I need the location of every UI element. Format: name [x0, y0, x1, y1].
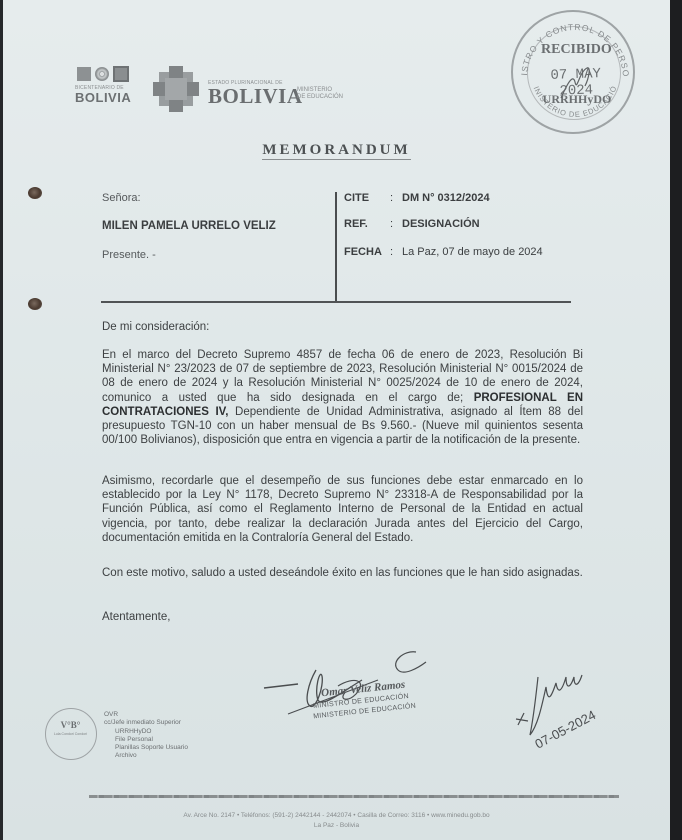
ministerio-line1: MINISTERIO: [297, 87, 343, 94]
reference-value: DESIGNACIÓN: [402, 218, 480, 230]
received-stamp: REGISTRO Y CONTROL DE PERSONAL MINISTERI…: [511, 10, 635, 134]
salutation-label: Señora:: [102, 192, 141, 204]
recipient-name: MILEN PAMELA URRELO VELIZ: [102, 220, 276, 232]
reference-key: FECHA: [344, 246, 390, 258]
memorandum-page: BICENTENARIO DE BOLIVIA ESTADO PLURINACI…: [3, 0, 670, 840]
footer-city: La Paz - Bolivia: [3, 822, 670, 829]
reference-colon: :: [390, 246, 402, 258]
copies-line: cc/Jefe inmediato Superior: [104, 719, 188, 727]
ministerio-wordmark: MINISTERIO DE EDUCACIÓN: [297, 87, 343, 101]
stamp-initials-scribble-icon: [513, 12, 637, 136]
photo-border-right: [670, 0, 682, 840]
reference-key: REF.: [344, 218, 390, 230]
bolivia-wordmark: BOLIVIA: [208, 84, 303, 109]
vobo-small-text: Lula Condori Condori: [46, 732, 95, 736]
copies-line: File Personal: [104, 736, 188, 744]
reference-key: CITE: [344, 192, 390, 204]
paragraph-closing: Con este motivo, saludo a usted deseándo…: [102, 566, 583, 580]
vobo-stamp: V°B° Lula Condori Condori: [45, 708, 97, 760]
greeting: De mi consideración:: [102, 320, 583, 334]
copies-line: Planillas Soporte Usuario: [104, 744, 188, 752]
footer-address: Av. Arce No. 2147 • Teléfonos: (591-2) 2…: [3, 812, 670, 819]
document-title: MEMORANDUM: [3, 142, 670, 159]
closing-salutation: Atentamente,: [102, 610, 583, 624]
receipt-signature-icon: 07-05-2024: [508, 665, 608, 755]
bicentenario-big-text: BOLIVIA: [75, 91, 141, 104]
reference-value: La Paz, 07 de mayo de 2024: [402, 246, 543, 258]
divider-vertical: [335, 192, 337, 302]
reference-row-ref: REF. : DESIGNACIÓN: [344, 218, 480, 230]
presente-label: Presente. -: [102, 249, 156, 261]
chakana-cross-icon: [153, 66, 199, 112]
copies-initials: OVR: [104, 711, 188, 719]
bicentenario-logo: BICENTENARIO DE BOLIVIA: [75, 66, 141, 112]
reference-row-fecha: FECHA : La Paz, 07 de mayo de 2024: [344, 246, 543, 258]
copies-line: URRHHyDO: [104, 728, 188, 736]
paragraph-obligations: Asimismo, recordarle que el desempeño de…: [102, 474, 583, 545]
reference-colon: :: [390, 218, 402, 230]
vobo-label: V°B°: [46, 720, 95, 730]
bicentenario-square-icon: [113, 66, 129, 82]
reference-value: DM N° 0312/2024: [402, 192, 490, 204]
ministerio-line2: DE EDUCACIÓN: [297, 94, 343, 101]
bicentenario-mark-icon: [77, 67, 91, 81]
bicentenario-circle-icon: [95, 67, 109, 81]
divider-horizontal: [101, 301, 571, 303]
punch-hole: [28, 187, 42, 199]
copies-list: OVR cc/Jefe inmediato Superior URRHHyDO …: [104, 711, 188, 761]
document-title-text: MEMORANDUM: [262, 142, 410, 160]
reference-colon: :: [390, 192, 402, 204]
reference-row-cite: CITE : DM N° 0312/2024: [344, 192, 490, 204]
copies-line: Archivo: [104, 752, 188, 760]
punch-hole: [28, 298, 42, 310]
paragraph-designation: En el marco del Decreto Supremo 4857 de …: [102, 348, 583, 447]
svg-text:07-05-2024: 07-05-2024: [532, 707, 598, 751]
footer-divider: [89, 795, 619, 798]
